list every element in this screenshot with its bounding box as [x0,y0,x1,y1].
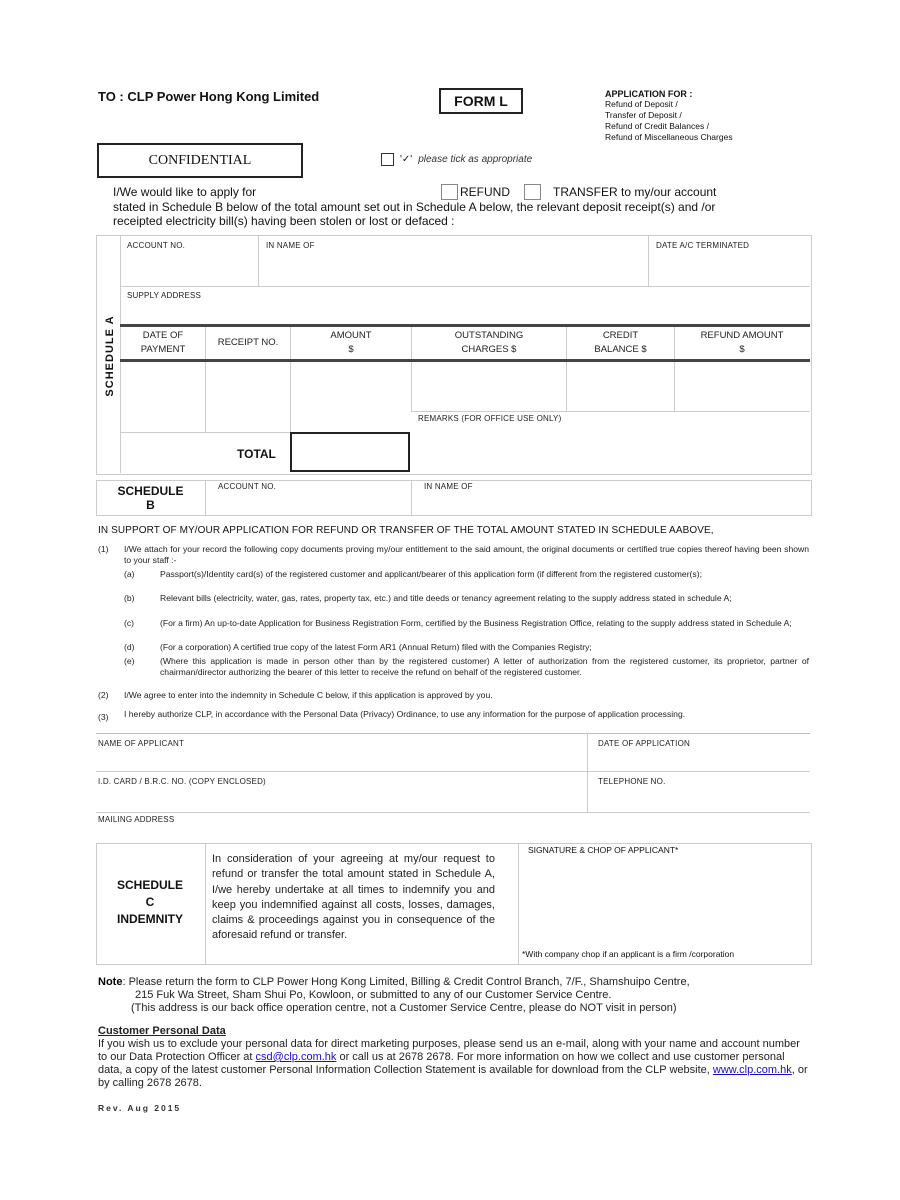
application-for-heading: APPLICATION FOR : [605,89,733,99]
indemnity-text: In consideration of your agreeing at my/… [212,852,495,944]
credit-balance-field[interactable] [567,362,674,412]
apply-line-2: stated in Schedule B below of the total … [113,200,803,214]
col-refund-amount: REFUND AMOUNT$ [675,329,809,357]
total-label: TOTAL [237,447,276,461]
col-outstanding-charges: OUTSTANDINGCHARGES $ [412,329,566,357]
tick-note: please tick as appropriate [418,154,532,165]
col-amount: AMOUNT$ [291,329,411,357]
refund-amount-field[interactable] [675,362,809,412]
receipt-no-field[interactable] [206,362,290,432]
supply-address-field[interactable] [121,303,809,323]
application-for-item: Refund of Miscellaneous Charges [605,132,733,143]
schedule-b-in-name-of-label: IN NAME OF [424,482,473,491]
refund-checkbox[interactable] [441,184,458,200]
subitem-number: (e) [124,656,135,667]
support-heading: IN SUPPORT OF MY/OUR APPLICATION FOR REF… [98,525,714,536]
schedule-b-in-name-of-field[interactable] [412,494,809,514]
application-for-item: Transfer of Deposit / [605,110,733,121]
personal-data-heading: Customer Personal Data [98,1025,810,1038]
item-number: (1) [98,544,109,555]
applicant-name-label: NAME OF APPLICANT [98,739,184,748]
application-date-label: DATE OF APPLICATION [598,739,690,748]
confidential-box: CONFIDENTIAL [97,143,303,178]
email-link[interactable]: csd@clp.com.hk [256,1051,337,1063]
transfer-option[interactable]: TRANSFER to my/our account [524,184,716,200]
subitem-number: (d) [124,642,135,653]
customer-personal-data: Customer Personal Data If you wish us to… [98,1025,810,1090]
subitem-b: Relevant bills (electricity, water, gas,… [160,593,809,604]
mailing-address-field[interactable] [97,826,809,840]
mailing-address-label: MAILING ADDRESS [98,815,174,824]
signature-field[interactable] [520,858,808,946]
item-number: (3) [98,712,109,723]
website-link[interactable]: www.clp.com.hk [713,1064,792,1076]
note-label: Note [98,976,122,988]
apply-prefix: I/We would like to apply for [113,185,441,199]
transfer-checkbox[interactable] [524,184,541,200]
date-terminated-field[interactable] [649,256,809,285]
account-no-field[interactable] [121,256,257,285]
date-of-payment-field[interactable] [121,362,205,432]
col-date-of-payment: DATE OFPAYMENT [121,329,205,357]
schedule-b-account-no-field[interactable] [206,494,410,514]
supply-address-label: SUPPLY ADDRESS [127,291,201,300]
refund-label: REFUND [460,185,510,199]
support-item-1: I/We attach for your record the followin… [124,544,809,566]
refund-option[interactable]: REFUND [441,184,510,200]
transfer-label: TRANSFER to my/our account [553,185,716,199]
apply-statement: I/We would like to apply for REFUND TRAN… [113,184,803,228]
return-note: Note: Please return the form to CLP Powe… [98,976,810,1015]
application-for-item: Refund of Deposit / [605,99,733,110]
addressee: TO : CLP Power Hong Kong Limited [98,89,319,104]
schedule-b-label: SCHEDULE B [96,484,205,512]
subitem-number: (c) [124,618,134,629]
subitem-c: (For a firm) An up-to-date Application f… [160,618,809,629]
id-card-label: I.D. CARD / B.R.C. NO. (COPY ENCLOSED) [98,777,266,786]
tick-symbol: '✓' [400,154,412,165]
date-terminated-label: DATE A/C TERMINATED [656,241,749,250]
telephone-label: TELEPHONE NO. [598,777,666,786]
subitem-number: (b) [124,593,135,604]
personal-data-text: If you wish us to exclude your personal … [98,1038,810,1090]
signature-label: SIGNATURE & CHOP OF APPLICANT* [528,845,678,855]
schedule-c-label: SCHEDULE C INDEMNITY [100,877,200,928]
form-label: FORM L [439,88,523,114]
apply-line-3: receipted electricity bill(s) having bee… [113,214,803,228]
in-name-of-field[interactable] [259,256,647,285]
account-no-label: ACCOUNT NO. [127,241,185,250]
applicant-name-field[interactable] [97,751,585,770]
tick-instruction: '✓' please tick as appropriate [381,153,532,166]
telephone-field[interactable] [589,789,809,811]
subitem-e: (Where this application is made in perso… [160,656,809,678]
col-receipt-no: RECEIPT NO. [206,336,290,350]
in-name-of-label: IN NAME OF [266,241,315,250]
checkbox-sample-icon [381,153,394,166]
subitem-d: (For a corporation) A certified true cop… [160,642,809,653]
amount-field[interactable] [291,362,411,432]
signature-note: *With company chop if an applicant is a … [522,949,734,959]
subitem-a: Passport(s)/Identity card(s) of the regi… [160,569,809,580]
total-field[interactable] [290,432,410,472]
outstanding-charges-field[interactable] [412,362,566,412]
remarks-label: REMARKS (FOR OFFICE USE ONLY) [418,414,561,423]
application-date-field[interactable] [589,751,809,770]
item-number: (2) [98,690,109,701]
id-card-field[interactable] [97,789,585,811]
col-credit-balance: CREDITBALANCE $ [567,329,674,357]
application-for-item: Refund of Credit Balances / [605,121,733,132]
support-item-2: I/We agree to enter into the indemnity i… [124,690,809,701]
application-for: APPLICATION FOR : Refund of Deposit / Tr… [605,89,733,143]
subitem-number: (a) [124,569,135,580]
schedule-b-account-no-label: ACCOUNT NO. [218,482,276,491]
revision-label: Rev. Aug 2015 [98,1103,181,1113]
support-item-3: I hereby authorize CLP, in accordance wi… [124,709,809,720]
